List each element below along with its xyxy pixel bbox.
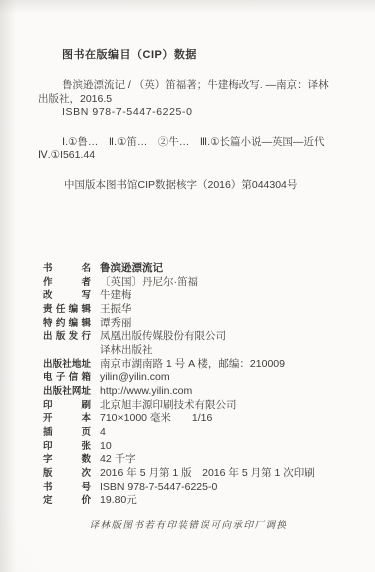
colophon-label: 改写 bbox=[43, 289, 91, 303]
colophon-value: 北京旭丰源印刷技术有限公司 bbox=[100, 399, 237, 413]
colophon-value: 42 千字 bbox=[100, 453, 136, 467]
colophon-value: 19.80元 bbox=[100, 494, 137, 508]
colophon-label: 特约编辑 bbox=[43, 317, 91, 331]
colophon-label: 书名 bbox=[43, 262, 91, 276]
colophon-value: 凤凰出版传媒股份有限公司 bbox=[100, 330, 226, 344]
colophon-label: 书号 bbox=[43, 481, 91, 495]
colophon-label: 定价 bbox=[43, 494, 91, 508]
colophon-label: 插页 bbox=[43, 426, 91, 440]
colophon-value: ISBN 978-7-5447-6225-0 bbox=[100, 481, 217, 495]
cip-record-number: 中国版本图书馆CIP数据核字（2016）第044304号 bbox=[64, 179, 339, 193]
cip-classification-line2: Ⅳ.①I561.44 bbox=[38, 149, 339, 163]
colophon-row: 电子信箱 yilin@yilin.com bbox=[38, 371, 339, 385]
colophon-label: 版次 bbox=[43, 467, 91, 481]
colophon-label: 字数 bbox=[43, 453, 91, 467]
colophon-value: yilin@yilin.com bbox=[100, 371, 170, 385]
colophon-table: 书名 鲁滨逊漂流记 作者 〔英国〕丹尼尔·笛福 改写 牛建梅 责任编辑 王振华 … bbox=[38, 262, 339, 508]
colophon-row: 出版发行 凤凰出版传媒股份有限公司 bbox=[38, 330, 339, 344]
colophon-label: 出版社网址 bbox=[43, 385, 91, 399]
colophon-value: 〔英国〕丹尼尔·笛福 bbox=[100, 276, 198, 290]
colophon-value: 2016 年 5 月第 1 版 2016 年 5 月第 1 次印刷 bbox=[100, 467, 315, 481]
colophon-row: 插页 4 bbox=[38, 426, 339, 440]
colophon-value: 4 bbox=[100, 426, 106, 440]
colophon-row: 开本 710×1000 毫米 1/16 bbox=[38, 412, 339, 426]
colophon-row: 版次 2016 年 5 月第 1 版 2016 年 5 月第 1 次印刷 bbox=[38, 467, 339, 481]
colophon-label: 作者 bbox=[43, 276, 91, 290]
colophon-row: 作者 〔英国〕丹尼尔·笛福 bbox=[38, 276, 339, 290]
colophon-value: http://www.yilin.com bbox=[100, 385, 192, 399]
cip-entry: 鲁滨逊漂流记 / （英）笛福著；牛建梅改写. —南京：译林 出版社，2016.5… bbox=[38, 79, 339, 120]
cip-classification-line1: Ⅰ.①鲁… Ⅱ.①笛… ②牛… Ⅲ.①长篇小说—英国—近代 bbox=[38, 136, 339, 150]
colophon-row: 译林出版社 bbox=[38, 344, 339, 358]
colophon-label: 电子信箱 bbox=[43, 371, 91, 385]
cip-block: 图书在版编目（CIP）数据 鲁滨逊漂流记 / （英）笛福著；牛建梅改写. —南京… bbox=[38, 46, 339, 192]
colophon-value: 译林出版社 bbox=[100, 344, 153, 358]
cip-heading: 图书在版编目（CIP）数据 bbox=[62, 46, 339, 62]
cip-entry-line1: 鲁滨逊漂流记 / （英）笛福著；牛建梅改写. —南京：译林 bbox=[38, 79, 339, 93]
colophon-row: 定价 19.80元 bbox=[38, 494, 339, 508]
colophon-row: 书号 ISBN 978-7-5447-6225-0 bbox=[38, 481, 339, 495]
colophon-value: 10 bbox=[100, 440, 112, 454]
colophon-row: 出版社网址 http://www.yilin.com bbox=[38, 385, 339, 399]
colophon-value: 牛建梅 bbox=[100, 289, 132, 303]
cip-classification: Ⅰ.①鲁… Ⅱ.①笛… ②牛… Ⅲ.①长篇小说—英国—近代 Ⅳ.①I561.44 bbox=[38, 136, 339, 163]
colophon-label: 出版社地址 bbox=[43, 358, 91, 372]
colophon-row: 特约编辑 谭秀丽 bbox=[38, 317, 339, 331]
colophon-row: 字数 42 千字 bbox=[38, 453, 339, 467]
colophon-value: 710×1000 毫米 1/16 bbox=[100, 412, 212, 426]
printing-error-note: 译林版图书若有印装错误可向承印厂调换 bbox=[38, 517, 339, 531]
colophon-row: 改写 牛建梅 bbox=[38, 289, 339, 303]
colophon-row: 出版社地址 南京市湖南路 1 号 A 楼，邮编：210009 bbox=[38, 358, 339, 372]
cip-isbn: ISBN 978-7-5447-6225-0 bbox=[38, 106, 339, 120]
colophon-row: 书名 鲁滨逊漂流记 bbox=[38, 262, 339, 276]
colophon-value: 谭秀丽 bbox=[100, 317, 132, 331]
copyright-page: 图书在版编目（CIP）数据 鲁滨逊漂流记 / （英）笛福著；牛建梅改写. —南京… bbox=[0, 0, 375, 572]
colophon-value: 鲁滨逊漂流记 bbox=[100, 262, 163, 276]
colophon-label: 开本 bbox=[43, 412, 91, 426]
colophon-row: 责任编辑 王振华 bbox=[38, 303, 339, 317]
colophon-label: 印张 bbox=[43, 440, 91, 454]
colophon-label: 印刷 bbox=[43, 399, 91, 413]
colophon-row: 印张 10 bbox=[38, 440, 339, 454]
colophon-row: 印刷 北京旭丰源印刷技术有限公司 bbox=[38, 399, 339, 413]
cip-entry-line2: 出版社，2016.5 bbox=[38, 93, 339, 107]
colophon-label: 责任编辑 bbox=[43, 303, 91, 317]
colophon-label: 出版发行 bbox=[43, 330, 91, 344]
colophon-value: 南京市湖南路 1 号 A 楼，邮编：210009 bbox=[100, 358, 285, 372]
colophon-value: 王振华 bbox=[100, 303, 132, 317]
